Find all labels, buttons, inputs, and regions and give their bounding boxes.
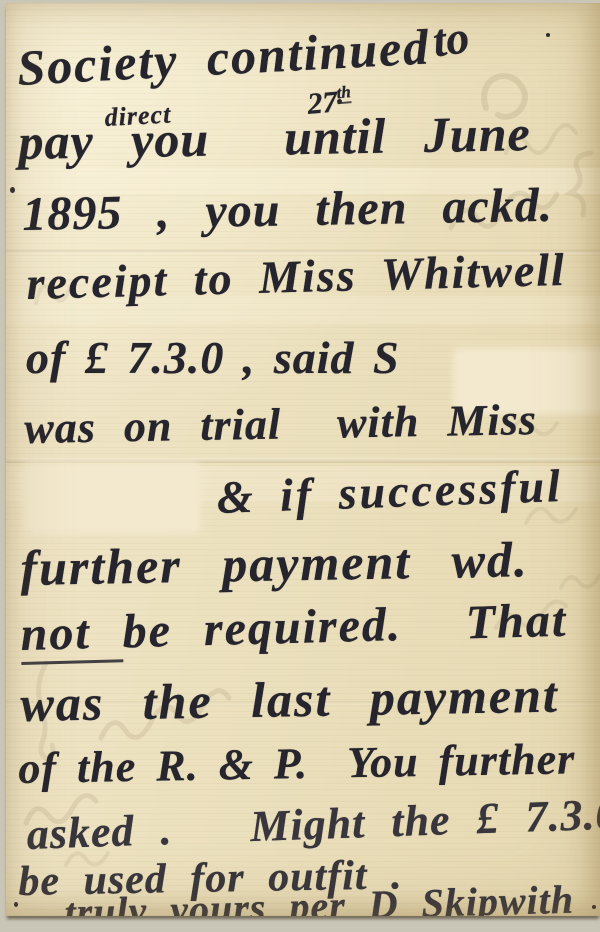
handwriting-line: & if successful	[216, 463, 564, 521]
showthrough-stroke	[570, 153, 591, 215]
ink-speck	[337, 99, 342, 104]
ink-speck	[546, 33, 550, 37]
handwriting-line: of £ 7.3.0 , said S	[26, 335, 400, 381]
underlined-word: not	[20, 605, 123, 665]
handwriting-line: Society continued	[16, 21, 431, 93]
handwriting-line: was on trial with Miss	[24, 398, 537, 451]
handwriting-line: further payment wd.	[20, 534, 529, 593]
handwriting-line: not be required. That	[20, 597, 568, 659]
handwriting-line: to	[430, 14, 472, 65]
handwriting-line: was the last payment	[20, 670, 559, 729]
redaction-patch	[28, 467, 196, 529]
handwriting-line: pay you until June	[18, 108, 531, 167]
scanned-letter-image: Society continued to direct 27th pay you…	[0, 0, 600, 932]
ink-speck	[14, 902, 18, 907]
handwriting-line: asked . Might the £ 7.3.0	[26, 792, 600, 857]
handwriting-segment: be required. That	[122, 594, 568, 659]
handwriting-line: receipt to Miss Whitwell	[26, 247, 566, 307]
letter-page: Society continued to direct 27th pay you…	[6, 3, 600, 916]
ink-speck	[592, 905, 596, 909]
handwriting-line: of the R. & P. You further	[18, 737, 576, 791]
handwriting-line: 1895 , you then ackd.	[22, 182, 553, 239]
showthrough-stroke	[561, 576, 599, 588]
ink-speck	[10, 187, 15, 193]
